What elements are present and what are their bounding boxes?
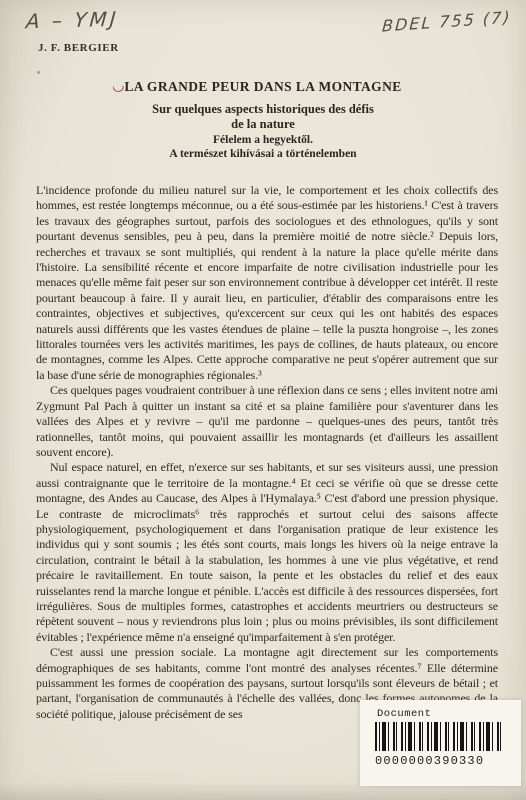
translated-title-line-1: Félelem a hegyektől.	[0, 134, 526, 148]
body-paragraph: L'incidence profonde du milieu naturel s…	[36, 183, 498, 383]
barcode-label-title: Document	[377, 708, 431, 720]
subtitle-line-1: Sur quelques aspects historiques des déf…	[0, 102, 526, 117]
body-paragraph: Nul espace naturel, en effet, n'exerce s…	[36, 460, 498, 645]
subtitle: Sur quelques aspects historiques des déf…	[0, 102, 526, 131]
library-barcode-sticker: Document 0000000390330	[360, 700, 521, 786]
handwritten-annotation-top-left: A – YMJ	[25, 7, 120, 33]
author-name: J. F. BERGIER	[38, 42, 119, 54]
scanned-page: A – YMJ BDEL 755 (7) J. F. BERGIER LA GR…	[0, 0, 526, 800]
page-title: LA GRANDE PEUR DANS LA MONTAGNE	[0, 79, 526, 95]
translated-title-line-2: A természet kihívásai a történelemben	[0, 148, 526, 162]
handwritten-annotation-top-right: BDEL 755 (7)	[382, 7, 513, 35]
barcode-icon	[375, 722, 503, 751]
body-paragraph: Ces quelques pages voudraient contribuer…	[36, 383, 498, 460]
barcode-number: 0000000390330	[375, 754, 484, 768]
ink-speck	[37, 71, 40, 74]
article-body: L'incidence profonde du milieu naturel s…	[36, 183, 498, 722]
translated-title: Félelem a hegyektől. A természet kihívás…	[0, 134, 526, 161]
subtitle-line-2: de la nature	[0, 117, 526, 132]
